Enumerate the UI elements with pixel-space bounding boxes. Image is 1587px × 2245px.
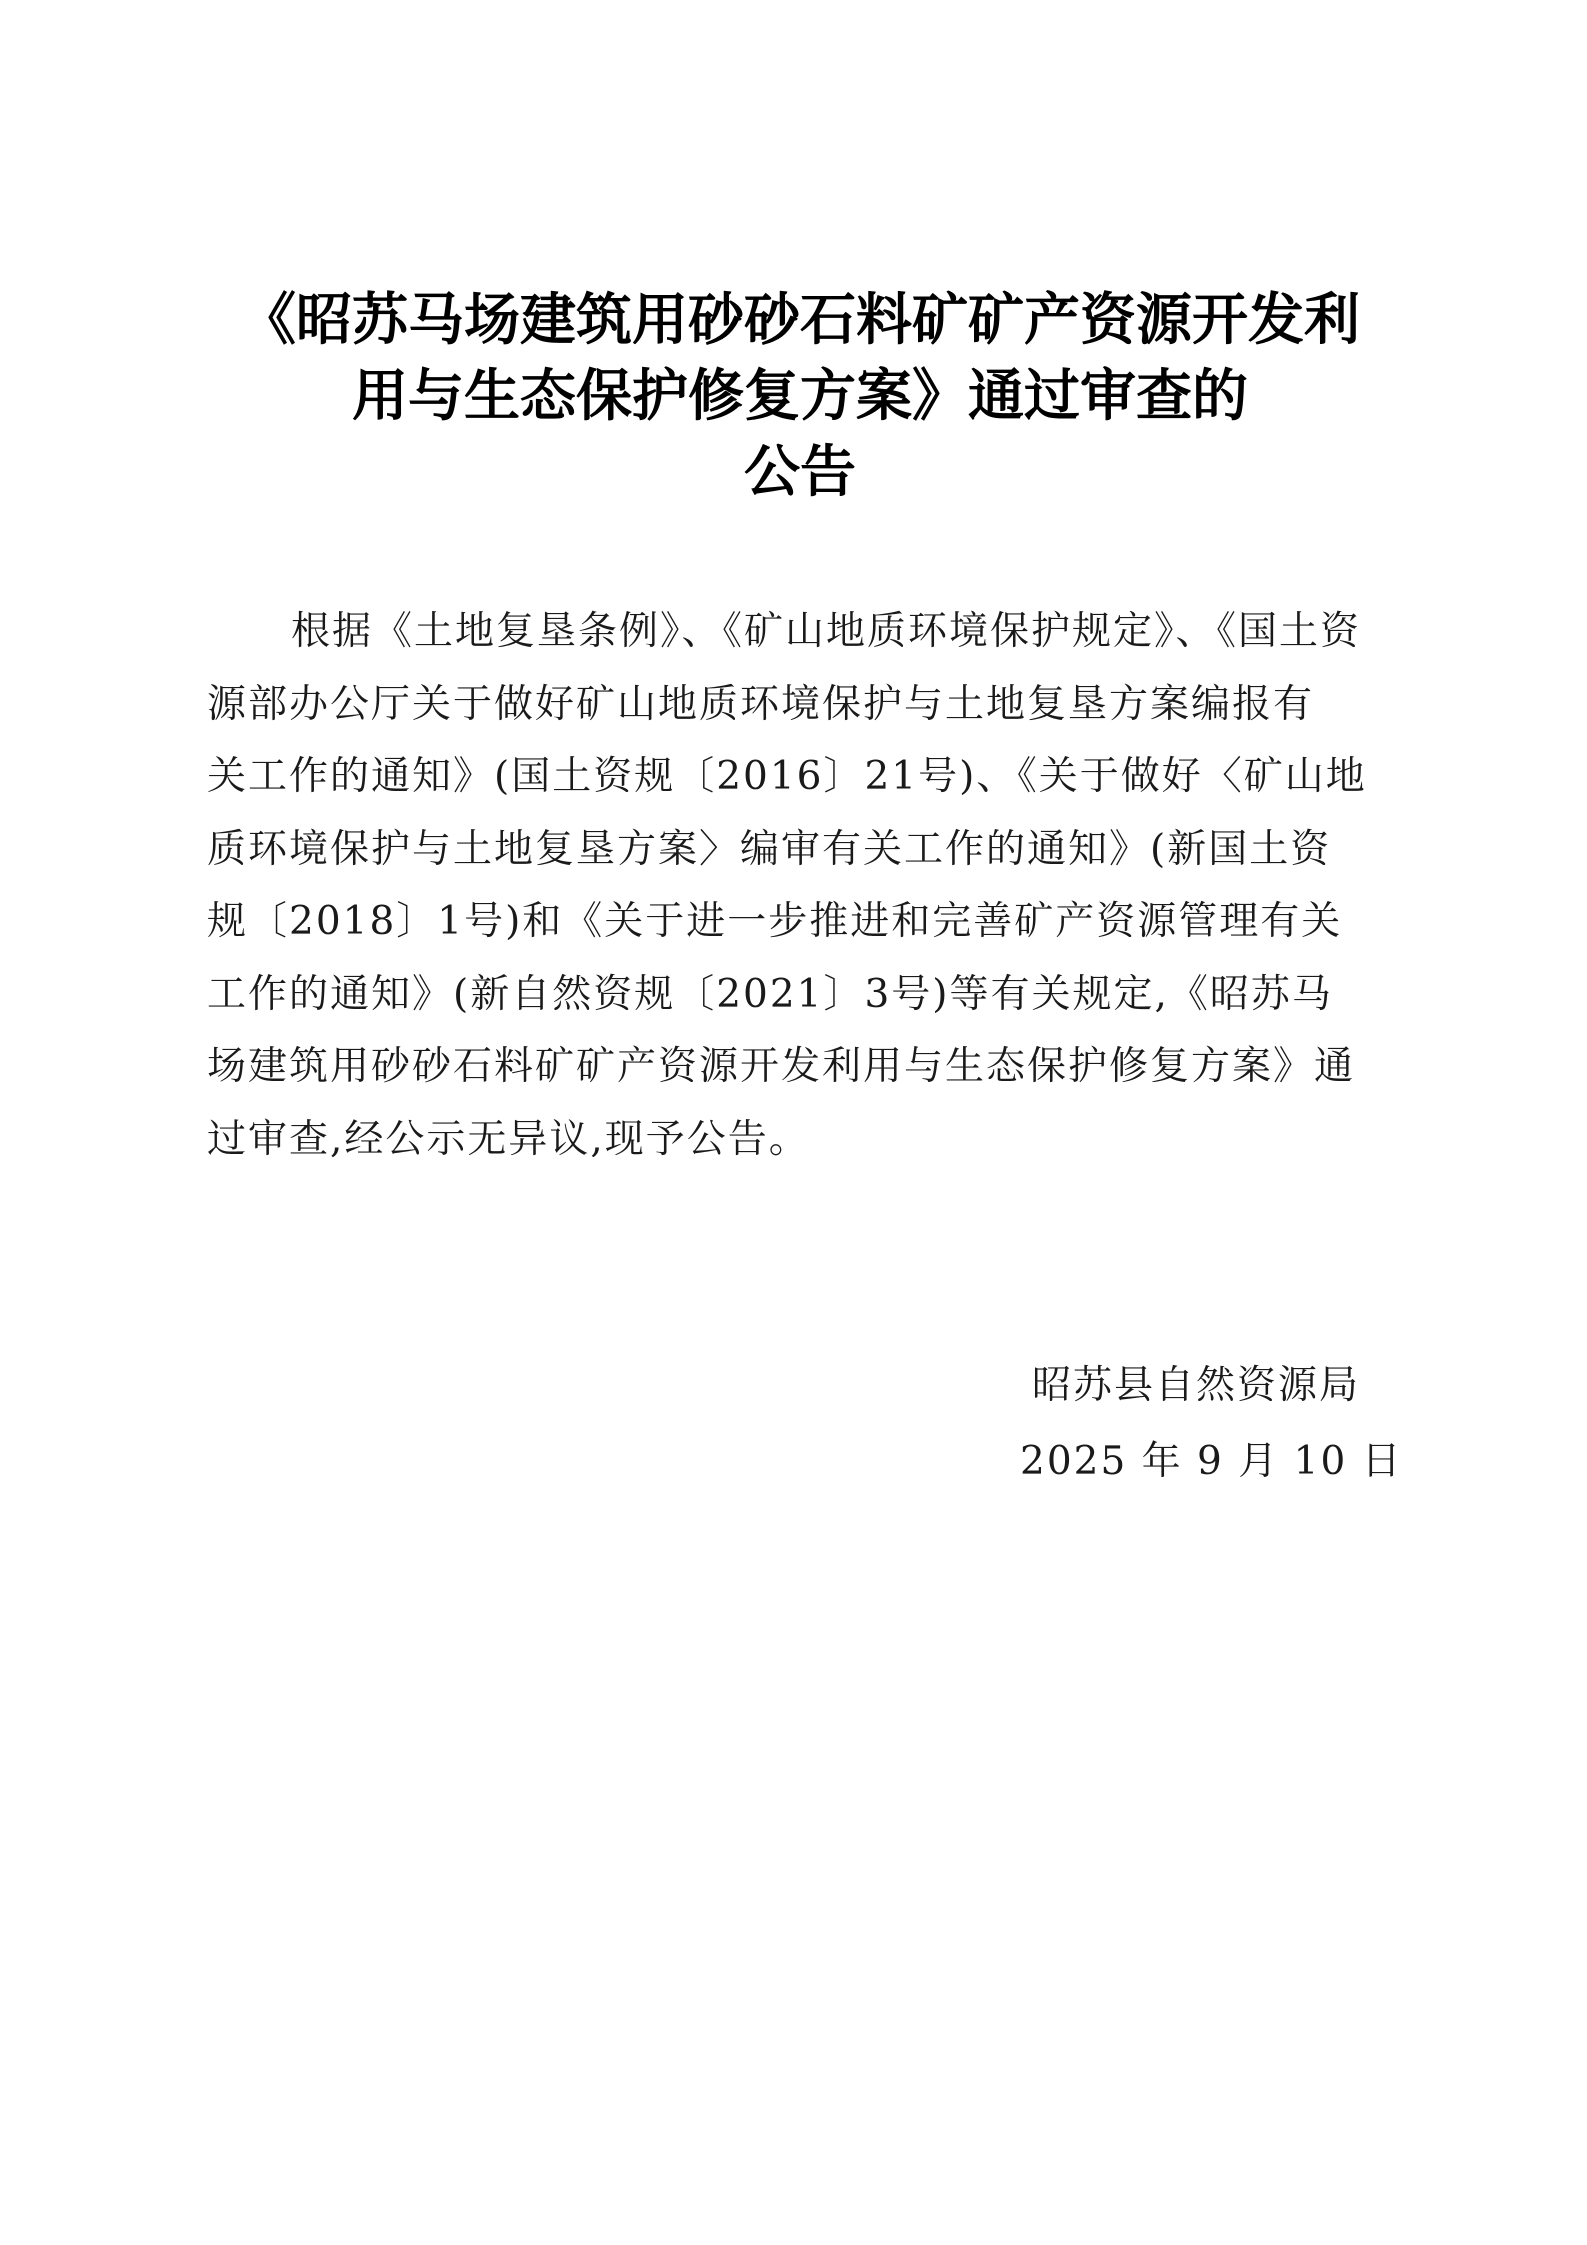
body-line-5: 规〔2018〕1号)和《关于进一步推进和完善矿产资源管理有关 bbox=[207, 886, 1393, 959]
body-line-8: 过审查,经公示无异议,现予公告。 bbox=[207, 1104, 1393, 1177]
issuer-name: 昭苏县自然资源局 bbox=[1020, 1348, 1360, 1424]
body-line-3: 关工作的通知》(国土资规〔2016〕21号)、《关于做好〈矿山地 bbox=[207, 741, 1393, 814]
document-title: 《昭苏马场建筑用砂砂石料矿矿产资源开发利 用与生态保护修复方案》通过审查的 公告 bbox=[200, 282, 1400, 510]
title-line-3: 公告 bbox=[200, 434, 1400, 510]
body-line-4: 质环境保护与土地复垦方案〉编审有关工作的通知》(新国土资 bbox=[207, 814, 1393, 887]
title-line-2: 用与生态保护修复方案》通过审查的 bbox=[200, 358, 1400, 434]
issue-date: 2025 年 9 月 10 日 bbox=[1020, 1424, 1360, 1500]
body-line-6: 工作的通知》(新自然资规〔2021〕3号)等有关规定,《昭苏马 bbox=[207, 959, 1393, 1032]
announcement-body: 根据《土地复垦条例》、《矿山地质环境保护规定》、《国土资 源部办公厅关于做好矿山… bbox=[207, 596, 1393, 1176]
signature-block: 昭苏县自然资源局 2025 年 9 月 10 日 bbox=[1020, 1348, 1360, 1500]
document-page: 《昭苏马场建筑用砂砂石料矿矿产资源开发利 用与生态保护修复方案》通过审查的 公告… bbox=[0, 0, 1587, 2245]
body-line-2: 源部办公厅关于做好矿山地质环境保护与土地复垦方案编报有 bbox=[207, 669, 1393, 742]
title-line-1: 《昭苏马场建筑用砂砂石料矿矿产资源开发利 bbox=[200, 282, 1400, 358]
body-line-1: 根据《土地复垦条例》、《矿山地质环境保护规定》、《国土资 bbox=[207, 596, 1393, 669]
body-line-7: 场建筑用砂砂石料矿矿产资源开发利用与生态保护修复方案》通 bbox=[207, 1031, 1393, 1104]
